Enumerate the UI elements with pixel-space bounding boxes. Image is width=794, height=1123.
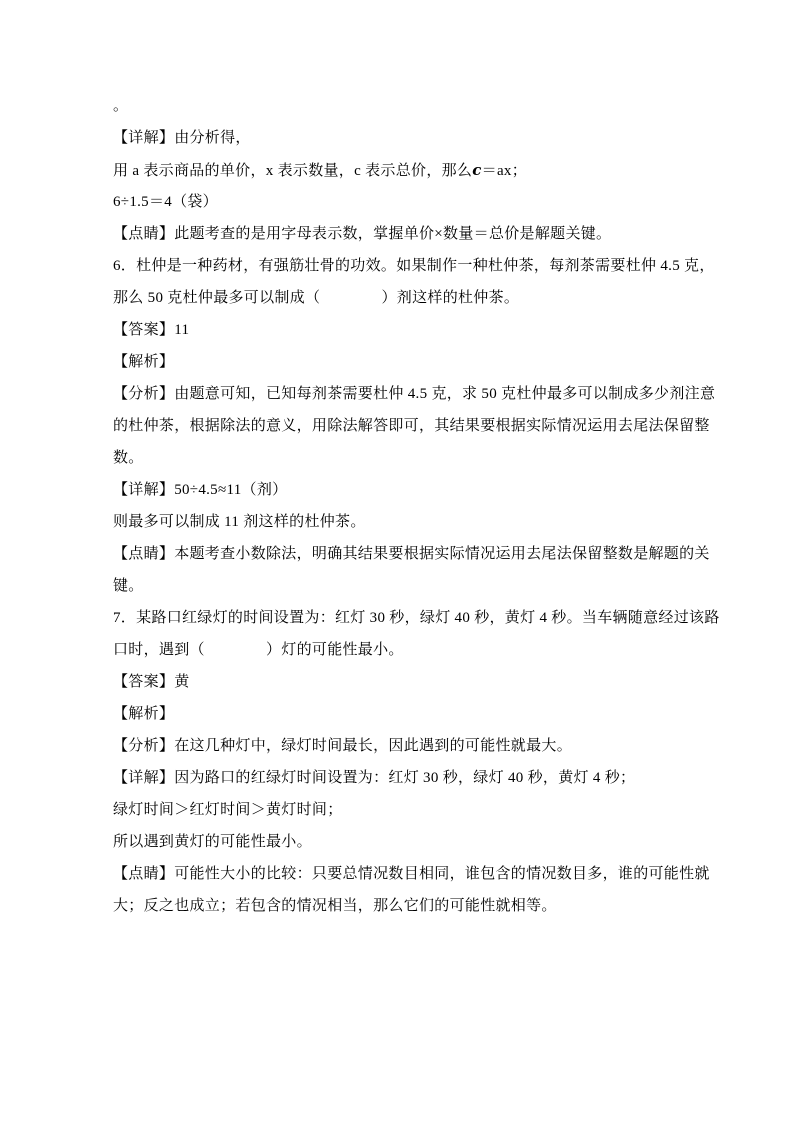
line-q7-detail-1: 【详解】因为路口的红绿灯时间设置为：红灯 30 秒，绿灯 40 秒，黄灯 4 秒… <box>113 762 686 794</box>
line-q7-analysis: 【分析】在这几种灯中，绿灯时间最长，因此遇到的可能性就最大。 <box>113 730 686 762</box>
line-q7-answer: 【答案】黄 <box>113 666 686 698</box>
line-q7-detail-3: 所以遇到黄灯的可能性最小。 <box>113 826 686 858</box>
math-variable-c: c <box>472 161 481 179</box>
line-q6-note-1: 【点睛】本题考查小数除法，明确其结果要根据实际情况运用去尾法保留整数是解题的关 <box>113 538 686 570</box>
line-q6-answer: 【答案】11 <box>113 314 686 346</box>
formula-prefix: 用 a 表示商品的单价，x 表示数量，c 表示总价，那么 <box>113 163 472 179</box>
line-q5-calculation: 6÷1.5＝4（袋） <box>113 186 686 218</box>
line-q6-analysis-label: 【解析】 <box>113 346 686 378</box>
line-q6-note-2: 键。 <box>113 570 686 602</box>
line-q7-note-1: 【点睛】可能性大小的比较：只要总情况数目相同，谁包含的情况数目多，谁的可能性就 <box>113 858 686 890</box>
line-q7-detail-2: 绿灯时间＞红灯时间＞黄灯时间； <box>113 794 686 826</box>
line-q6-question-2: 那么 50 克杜仲最多可以制成（ ）剂这样的杜仲茶。 <box>113 282 686 314</box>
line-q5-detail: 【详解】由分析得， <box>113 122 686 154</box>
line-q6-analysis-3: 数。 <box>113 442 686 474</box>
line-q7-analysis-label: 【解析】 <box>113 698 686 730</box>
line-q6-analysis-2: 的杜仲茶，根据除法的意义，用除法解答即可，其结果要根据实际情况运用去尾法保留整 <box>113 410 686 442</box>
line-q6-detail: 【详解】50÷4.5≈11（剂） <box>113 474 686 506</box>
formula-suffix: ＝ax； <box>482 163 527 179</box>
line-q5-formula: 用 a 表示商品的单价，x 表示数量，c 表示总价，那么c＝ax； <box>113 154 686 186</box>
document-page: 。 【详解】由分析得， 用 a 表示商品的单价，x 表示数量，c 表示总价，那么… <box>0 0 794 1123</box>
line-q6-analysis-1: 【分析】由题意可知，已知每剂茶需要杜仲 4.5 克，求 50 克杜仲最多可以制成… <box>113 378 686 410</box>
line-carryover-period: 。 <box>113 90 686 122</box>
line-q7-question-1: 7．某路口红绿灯的时间设置为：红灯 30 秒，绿灯 40 秒，黄灯 4 秒。当车… <box>113 602 686 634</box>
line-q6-conclusion: 则最多可以制成 11 剂这样的杜仲茶。 <box>113 506 686 538</box>
line-q5-note: 【点睛】此题考查的是用字母表示数，掌握单价×数量＝总价是解题关键。 <box>113 218 686 250</box>
line-q6-question-1: 6．杜仲是一种药材，有强筋壮骨的功效。如果制作一种杜仲茶，每剂茶需要杜仲 4.5… <box>113 250 686 282</box>
line-q7-question-2: 口时，遇到（ ）灯的可能性最小。 <box>113 634 686 666</box>
line-q7-note-2: 大；反之也成立；若包含的情况相当，那么它们的可能性就相等。 <box>113 890 686 922</box>
